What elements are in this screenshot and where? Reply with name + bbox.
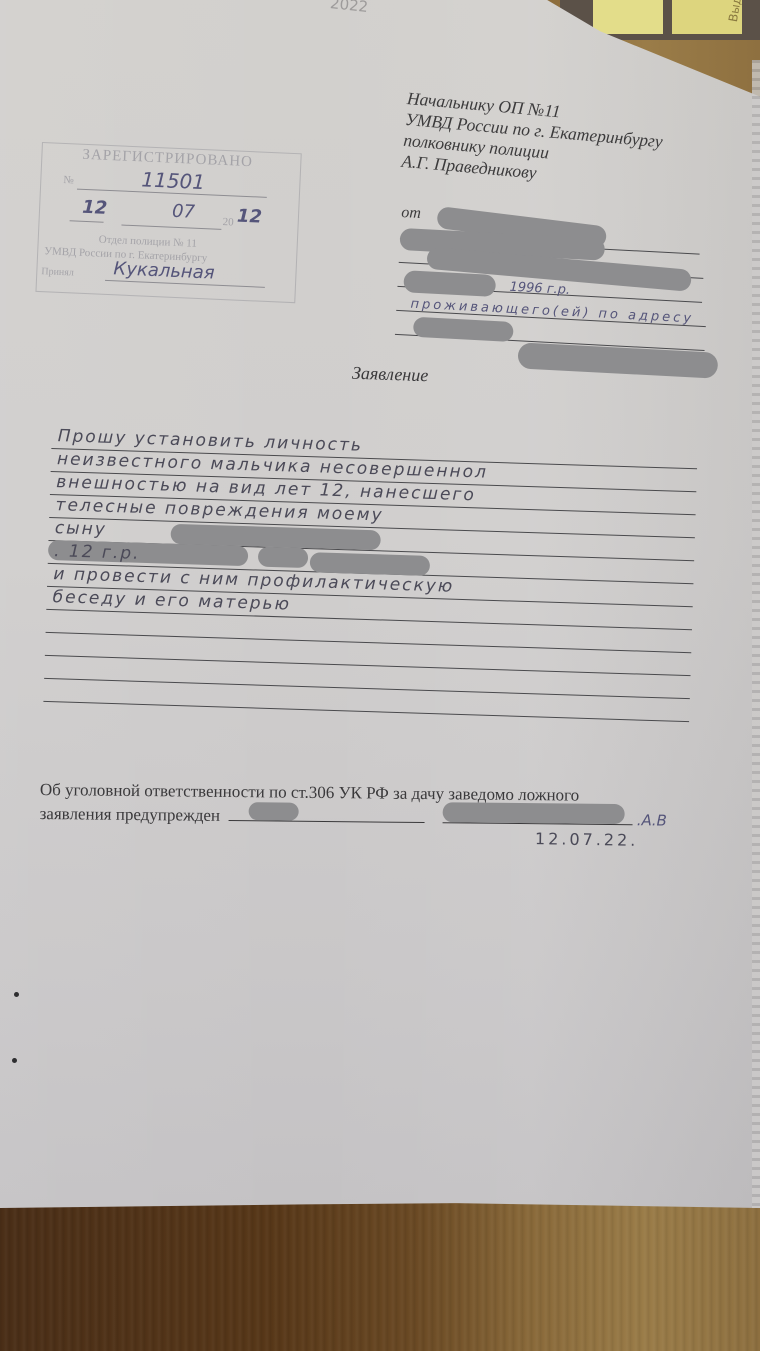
- stamp-number-label: №: [63, 174, 74, 186]
- document-title: Заявление: [352, 363, 429, 387]
- name-line: [442, 808, 632, 825]
- warning-text: заявления предупрежден: [40, 804, 221, 825]
- sticky-note: Выд: [672, 0, 742, 34]
- signature-line: [228, 806, 424, 823]
- stamp-accepted-by: Кукальная: [113, 258, 215, 283]
- margin-mark: [12, 1058, 17, 1063]
- sticky-note-text: Выд: [726, 0, 744, 23]
- redaction-mark: [442, 802, 624, 824]
- signature-date: 12.07.22.: [535, 829, 639, 850]
- sticky-note: [593, 0, 663, 34]
- form-line: [46, 632, 692, 653]
- stamp-year: 12: [236, 206, 262, 228]
- corner-date: 2022: [329, 0, 369, 16]
- statement-line: сыну: [55, 518, 108, 540]
- stamp-number-value: 11501: [141, 167, 206, 194]
- stamp-accepted-label: Принял: [41, 266, 74, 278]
- from-label: от: [401, 204, 421, 223]
- statement-body: Прошу установить личность неизвестного м…: [43, 428, 702, 748]
- liability-warning: Об уголовной ответственности по ст.306 У…: [39, 778, 719, 833]
- redaction-mark: [413, 317, 514, 342]
- form-line: [44, 678, 690, 699]
- from-block: от 1996 г.р. проживающего(ей) по адресу: [393, 200, 731, 387]
- birth-year: 1996 г.р.: [509, 280, 570, 298]
- signature-suffix: .А.В: [637, 811, 667, 829]
- statement-line: . 12 г.р.: [54, 541, 141, 564]
- stamp-month: 07: [172, 201, 196, 223]
- redaction-mark: [248, 802, 298, 821]
- table-surface: [0, 1190, 760, 1351]
- stamp-year-prefix: 20: [222, 216, 234, 228]
- redaction-mark: [258, 547, 309, 569]
- margin-mark: [14, 992, 19, 997]
- form-line: [46, 609, 692, 630]
- redaction-mark: [403, 270, 496, 297]
- stamp-line: [70, 220, 104, 222]
- stamp-line: [121, 225, 221, 230]
- stamp-day: 12: [82, 197, 108, 219]
- redaction-mark: [517, 342, 718, 378]
- page-stack-edge: [752, 60, 760, 1208]
- registration-stamp: ЗАРЕГИСТРИРОВАНО № 11501 12 07 20 12 Отд…: [35, 142, 301, 303]
- form-line: [43, 701, 689, 722]
- form-line: [45, 655, 691, 676]
